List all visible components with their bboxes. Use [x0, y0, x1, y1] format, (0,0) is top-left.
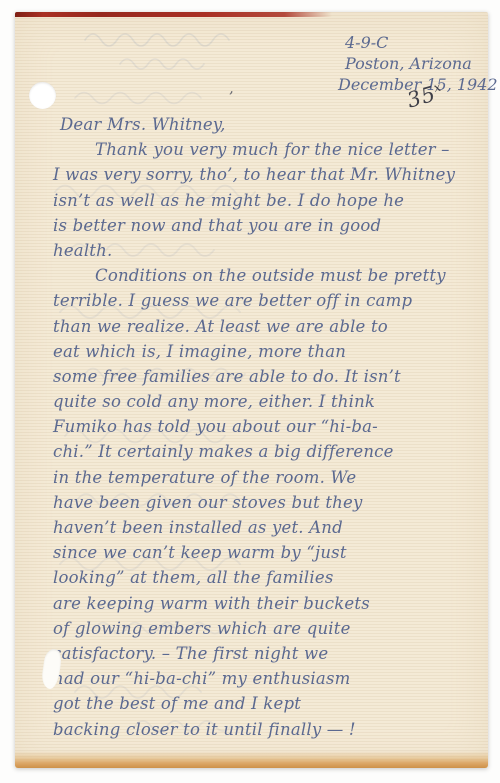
letter-line: looking” at them, all the families [53, 565, 476, 590]
letter-line: Conditions on the outside must be pretty [53, 263, 476, 288]
letter-line: health. [53, 238, 476, 263]
letter-paper: 4-9-C Poston, Arizona December 15, 1942 … [15, 12, 488, 768]
letter-line: backing closer to it until finally — ! [53, 717, 476, 742]
letter-line: Dear Mrs. Whitney, [53, 112, 476, 137]
letter-line: isn’t as well as he might be. I do hope … [53, 188, 476, 213]
letter-line: quite so cold any more, either. I think [53, 389, 476, 414]
letter-line: chi.” It certainly makes a big differenc… [53, 439, 476, 464]
red-top-edge [15, 12, 488, 17]
letter-line: of glowing embers which are quite [53, 616, 476, 641]
letter-line: Thank you very much for the nice letter … [53, 137, 476, 162]
letter-line: have been given our stoves but they [53, 490, 476, 515]
letter-line: than we realize. At least we are able to [53, 314, 476, 339]
letter-line: had our “hi-ba-chi” my enthusiasm [53, 666, 476, 691]
aged-bottom-edge [15, 751, 488, 768]
letter-line: some free families are able to do. It is… [53, 364, 476, 389]
letter-line: got the best of me and I kept [53, 691, 476, 716]
sender-block-address: 4-9-C [345, 32, 498, 53]
letter-line: haven’t been installed as yet. And [53, 515, 476, 540]
stray-pencil-mark: ’ [226, 88, 234, 107]
letter-line: eat which is, I imagine, more than [53, 339, 476, 364]
letter-line: since we can’t keep warm by “just [53, 540, 476, 565]
letter-line: Fumiko has told you about our “hi-ba- [53, 414, 476, 439]
sender-place: Poston, Arizona [345, 53, 498, 74]
letter-line: in the temperature of the room. We [53, 465, 476, 490]
letter-line: are keeping warm with their buckets [53, 591, 476, 616]
letter-line: is better now and that you are in good [53, 213, 476, 238]
letter-line: terrible. I guess we are better off in c… [53, 288, 476, 313]
letter-line: satisfactory. – The first night we [53, 641, 476, 666]
punch-hole-top [29, 82, 56, 109]
letter-body: Dear Mrs. Whitney,Thank you very much fo… [53, 112, 476, 742]
letter-scan: 4-9-C Poston, Arizona December 15, 1942 … [0, 0, 500, 783]
letter-line: I was very sorry, tho’, to hear that Mr.… [53, 162, 476, 187]
